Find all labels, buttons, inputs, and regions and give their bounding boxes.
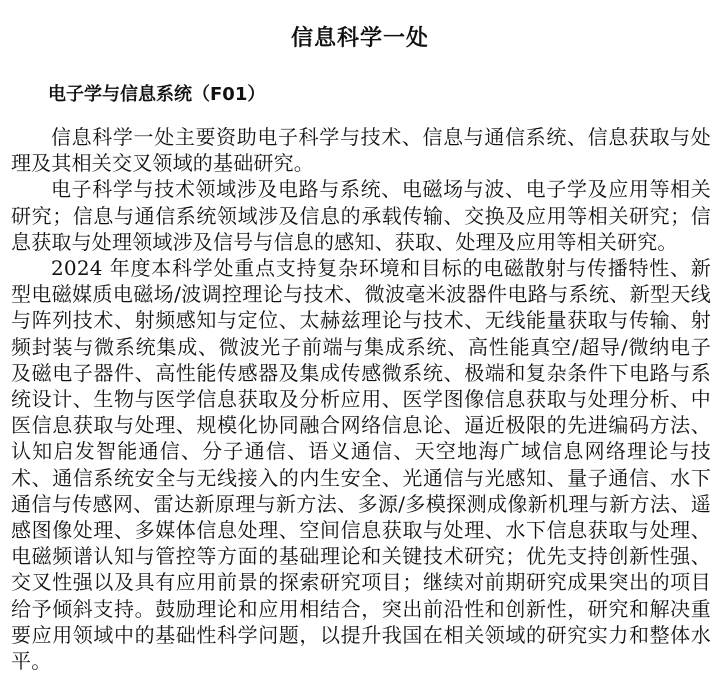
section-heading: 电子学与信息系统（F01） (48, 82, 265, 108)
document-page: 信息科学一处 电子学与信息系统（F01） 信息科学一处主要资助电子科学与技术、信… (0, 0, 720, 680)
paragraph-priorities: 2024 年度本科学处重点支持复杂环境和目标的电磁散射与传播特性、新型电磁媒质电… (11, 255, 711, 674)
paragraph-fields: 电子科学与技术领域涉及电路与系统、电磁场与波、电子学及应用等相关研究；信息与通信… (11, 176, 711, 255)
page-title: 信息科学一处 (0, 24, 720, 54)
document-body: 信息科学一处主要资助电子科学与技术、信息与通信系统、信息获取与处理及其相关交叉领… (11, 124, 711, 674)
paragraph-scope: 信息科学一处主要资助电子科学与技术、信息与通信系统、信息获取与处理及其相关交叉领… (11, 124, 711, 176)
